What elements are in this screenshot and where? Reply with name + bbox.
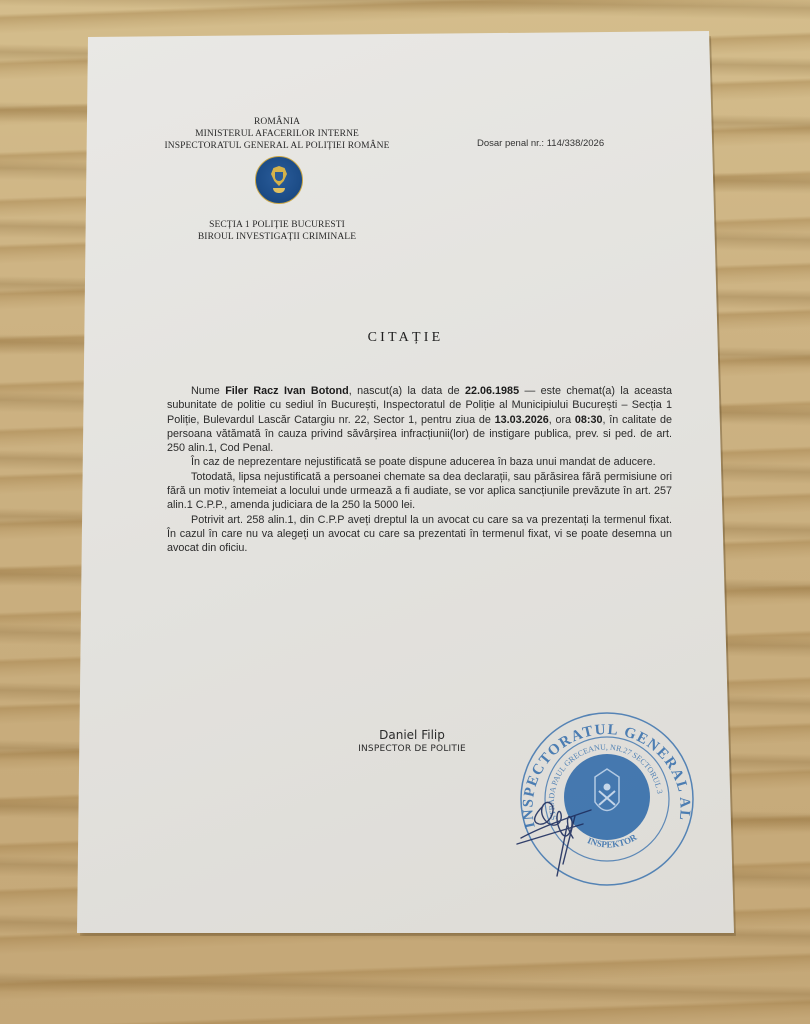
appointment-time: 08:30: [575, 414, 603, 426]
case-file-value: 114/338/2026: [547, 138, 604, 149]
header-bureau: BIROUL INVESTIGAȚII CRIMINALE: [157, 231, 397, 243]
header-inspectorate: INSPECTORATUL GENERAL AL POLIȚIEI ROMÂNE: [157, 140, 397, 152]
signer-name: Daniel Filip: [287, 728, 537, 743]
case-file-number: Dosar penal nr.: 114/338/2026: [477, 138, 604, 149]
signer-role: INSPECTOR DE POLITIE: [287, 743, 537, 756]
header-country: ROMÂNIA: [157, 116, 397, 128]
birth-date: 22.06.1985: [465, 385, 519, 397]
signer-block: Daniel Filip INSPECTOR DE POLITIE: [287, 728, 537, 756]
section-header: SECȚIA 1 POLIȚIE BUCURESTI BIROUL INVEST…: [157, 219, 397, 243]
header-ministry: MINISTERUL AFACERILOR INTERNE: [157, 128, 397, 140]
shield-icon: [275, 172, 283, 181]
institution-header: ROMÂNIA MINISTERUL AFACERILOR INTERNE IN…: [157, 116, 397, 152]
emblem-base: [273, 188, 285, 193]
person-name: Filer Racz Ivan Botond: [225, 385, 349, 397]
appointment-date: 13.03.2026: [495, 414, 549, 426]
case-file-label: Dosar penal nr.:: [477, 138, 544, 149]
summons-document: ROMÂNIA MINISTERUL AFACERILOR INTERNE IN…: [77, 31, 734, 933]
police-emblem-icon: [255, 156, 303, 204]
document-title: CITAȚIE: [77, 330, 734, 346]
paragraph-summons: Nume Filer Racz Ivan Botond, nascut(a) l…: [167, 384, 672, 455]
handwritten-signature-icon: [513, 766, 633, 886]
paragraph-non-appearance: În caz de neprezentare nejustificată se …: [167, 455, 672, 469]
paragraph-lawyer-rights: Potrivit art. 258 alin.1, din C.P.P aveț…: [167, 513, 672, 556]
document-body: Nume Filer Racz Ivan Botond, nascut(a) l…: [167, 384, 672, 556]
header-section: SECȚIA 1 POLIȚIE BUCURESTI: [157, 219, 397, 231]
paragraph-sanctions: Totodată, lipsa nejustificată a persoane…: [167, 470, 672, 513]
